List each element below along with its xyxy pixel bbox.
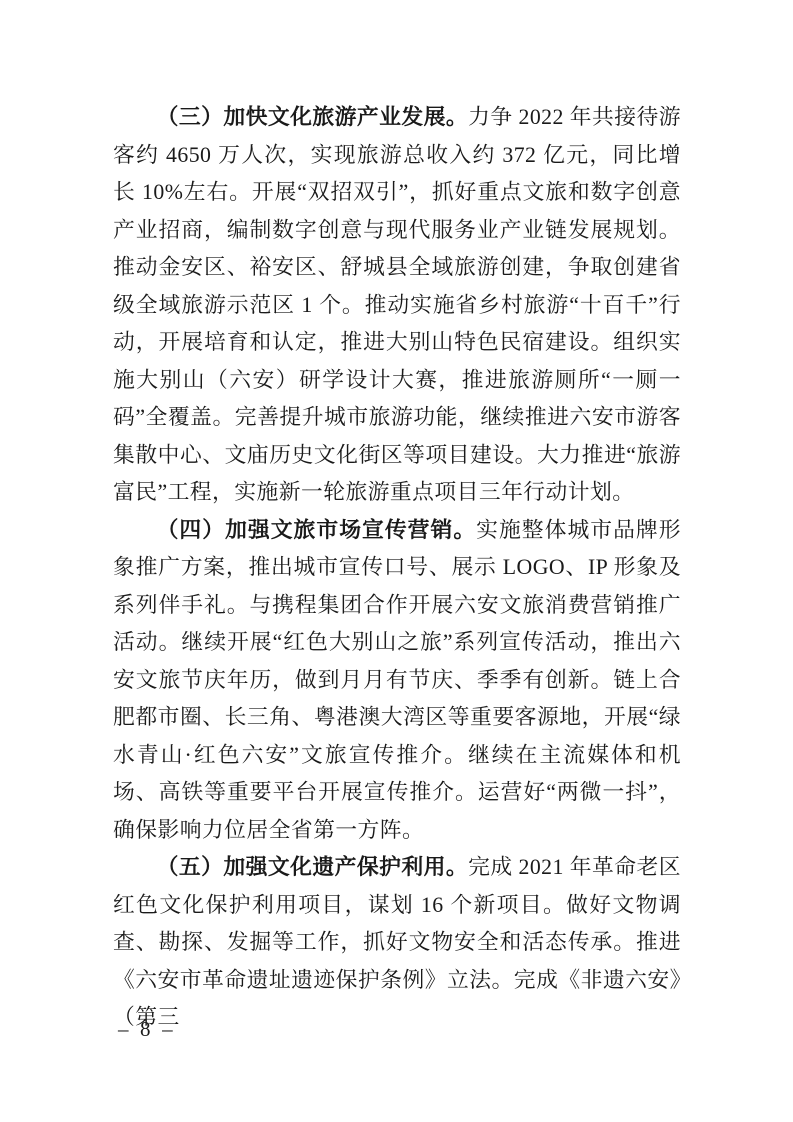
paragraph-section-3-text: 力争 2022 年共接待游客约 4650 万人次，实现旅游总收入约 372 亿元…: [113, 105, 681, 504]
paragraph-section-4: （四）加强文旅市场宣传营销。实施整体城市品牌形象推广方案，推出城市宣传口号、展示…: [113, 512, 681, 850]
paragraph-section-4-heading: （四）加强文旅市场宣传营销。: [157, 518, 477, 542]
paragraph-section-3-heading: （三）加快文化旅游产业发展。: [157, 105, 469, 129]
paragraph-section-5-heading: （五）加强文化遗产保护利用。: [157, 855, 469, 879]
document-page: （三）加快文化旅游产业发展。力争 2022 年共接待游客约 4650 万人次，实…: [0, 0, 793, 1122]
paragraph-section-5: （五）加强文化遗产保护利用。完成 2021 年革命老区红色文化保护利用项目，谋划…: [113, 849, 681, 1037]
page-number: – 8 –: [118, 1015, 176, 1043]
document-body: （三）加快文化旅游产业发展。力争 2022 年共接待游客约 4650 万人次，实…: [113, 99, 681, 1037]
paragraph-section-4-text: 实施整体城市品牌形象推广方案，推出城市宣传口号、展示 LOGO、IP 形象及系列…: [113, 518, 681, 842]
paragraph-section-5-text: 完成 2021 年革命老区红色文化保护利用项目，谋划 16 个新项目。做好文物调…: [113, 855, 681, 1029]
paragraph-section-3: （三）加快文化旅游产业发展。力争 2022 年共接待游客约 4650 万人次，实…: [113, 99, 681, 512]
